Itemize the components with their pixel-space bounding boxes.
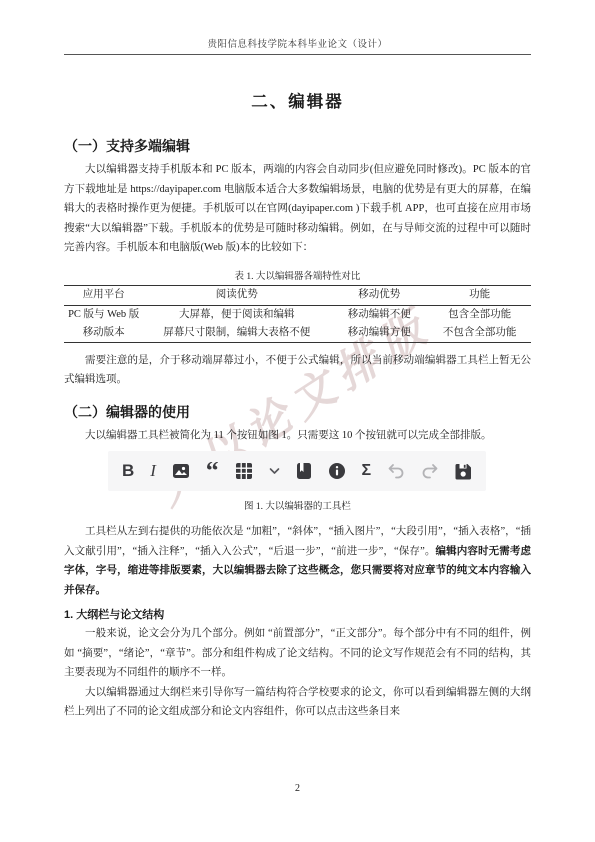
blockquote-icon: “	[206, 462, 219, 480]
sigma-icon: Σ	[361, 462, 371, 480]
note-icon	[296, 462, 312, 480]
editor-toolbar-figure: B I “ Σ	[108, 451, 486, 491]
paragraph: 一般来说，论文会分为几个部分。例如 “前置部分”，“正文部分”。每个部分中有不同…	[64, 624, 531, 683]
table-caption: 表 1. 大以编辑器各端特性对比	[64, 268, 531, 282]
table-cell: 不包含全部功能	[428, 324, 531, 343]
undo-icon	[387, 463, 405, 479]
table-row: PC 版与 Web 版 大屏幕，便于阅读和编辑 移动编辑不便 包含全部功能	[64, 305, 531, 324]
table-cell: PC 版与 Web 版	[64, 305, 143, 324]
page-title: 二、编辑器	[64, 88, 531, 112]
table-cell: 大屏幕，便于阅读和编辑	[143, 305, 330, 324]
figure-caption: 图 1. 大以编辑器的工具栏	[64, 498, 531, 512]
page-number: 2	[0, 783, 595, 794]
table-cell: 屏幕尺寸限制，编辑大表格不便	[143, 324, 330, 343]
image-icon	[172, 462, 190, 480]
paragraph: 大以编辑器支持手机版本和 PC 版本，两端的内容会自动同步(但应避免同时修改)。…	[64, 160, 531, 258]
paragraph: 需要注意的是，介于移动端屏幕过小，不便于公式编辑，所以当前移动端编辑器工具栏上暂…	[64, 351, 531, 390]
page-body: 二、编辑器 （一）支持多端编辑 大以编辑器支持手机版本和 PC 版本，两端的内容…	[64, 88, 531, 722]
paragraph: 大以编辑器工具栏被简化为 11 个按钮如图 1。只需要这 10 个按钮就可以完成…	[64, 426, 531, 446]
column-header: 阅读优势	[143, 285, 330, 305]
info-icon	[328, 462, 346, 480]
chevron-down-icon	[269, 467, 280, 475]
table-row: 移动版本 屏幕尺寸限制，编辑大表格不便 移动编辑方便 不包含全部功能	[64, 324, 531, 343]
bold-icon: B	[122, 461, 134, 481]
save-icon	[455, 463, 472, 480]
table-icon	[235, 462, 253, 480]
italic-icon: I	[150, 461, 156, 481]
comparison-table: 应用平台 阅读优势 移动优势 功能 PC 版与 Web 版 大屏幕，便于阅读和编…	[64, 285, 531, 343]
table-header-row: 应用平台 阅读优势 移动优势 功能	[64, 285, 531, 305]
table-cell: 移动版本	[64, 324, 143, 343]
column-header: 移动优势	[330, 285, 428, 305]
redo-icon	[421, 463, 439, 479]
table-cell: 包含全部功能	[428, 305, 531, 324]
section-heading-2: （二）编辑器的使用	[64, 402, 531, 422]
column-header: 功能	[428, 285, 531, 305]
subsection-heading: 1. 大纲栏与论文结构	[64, 606, 531, 622]
paragraph: 大以编辑器通过大纲栏来引导你写一篇结构符合学校要求的论文，你可以看到编辑器左侧的…	[64, 683, 531, 722]
document-page: 贵阳信息科技学院本科毕业论文（设计） 大以论文排版 二、编辑器 （一）支持多端编…	[0, 0, 595, 842]
table-cell: 移动编辑方便	[330, 324, 428, 343]
paragraph: 工具栏从左到右提供的功能依次是 “加粗”，“斜体”，“插入图片”，“大段引用”，…	[64, 522, 531, 600]
table-cell: 移动编辑不便	[330, 305, 428, 324]
column-header: 应用平台	[64, 285, 143, 305]
page-header: 贵阳信息科技学院本科毕业论文（设计）	[64, 36, 531, 55]
section-heading-1: （一）支持多端编辑	[64, 136, 531, 156]
